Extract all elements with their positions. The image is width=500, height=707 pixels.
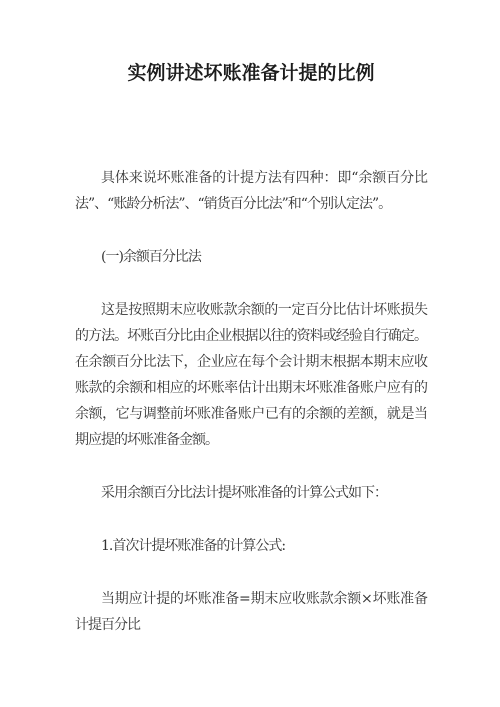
text-line: 1.首次计提坏账准备的计算公式: <box>75 533 427 559</box>
document-title: 实例讲述坏账准备计提的比例 <box>75 59 427 87</box>
formula-line: 计提百分比 <box>75 612 427 638</box>
text-line: 在余额百分比法下，企业应在每个会计期末根据本期末应收 <box>75 349 427 375</box>
section-heading-line: (一)余额百分比法 <box>75 244 427 270</box>
text-line: 法”、“账龄分析法”、“销货百分比法”和“个别认定法”。 <box>75 191 427 217</box>
paragraph-section-heading: (一)余额百分比法 <box>75 244 427 270</box>
text-line: 账款的余额和相应的坏账率估计出期末坏账准备账户应有的 <box>75 375 427 401</box>
text-line: 的方法。坏账百分比由企业根据以往的资料或经验自行确定。 <box>75 323 427 349</box>
paragraph-first-provision-heading: 1.首次计提坏账准备的计算公式: <box>75 533 427 559</box>
paragraph-formula: 当期应计提的坏账准备=期末应收账款余额×坏账准备 计提百分比 <box>75 586 427 638</box>
text-line: 采用余额百分比法计提坏账准备的计算公式如下： <box>75 480 427 506</box>
formula-line: 当期应计提的坏账准备=期末应收账款余额×坏账准备 <box>75 586 427 612</box>
paragraph-formula-intro: 采用余额百分比法计提坏账准备的计算公式如下： <box>75 480 427 506</box>
text-line: 期应提的坏账准备金额。 <box>75 427 427 453</box>
text-line: 这是按照期末应收账款余额的一定百分比估计坏账损失 <box>75 297 427 323</box>
paragraph-methods-intro: 具体来说坏账准备的计提方法有四种：即“余额百分比 法”、“账龄分析法”、“销货百… <box>75 165 427 217</box>
text-line: 余额，它与调整前坏账准备账户已有的余额的差额，就是当 <box>75 401 427 427</box>
text-line: 具体来说坏账准备的计提方法有四种：即“余额百分比 <box>75 165 427 191</box>
document-page: 实例讲述坏账准备计提的比例 具体来说坏账准备的计提方法有四种：即“余额百分比 法… <box>0 0 500 707</box>
paragraph-method-description: 这是按照期末应收账款余额的一定百分比估计坏账损失 的方法。坏账百分比由企业根据以… <box>75 297 427 453</box>
